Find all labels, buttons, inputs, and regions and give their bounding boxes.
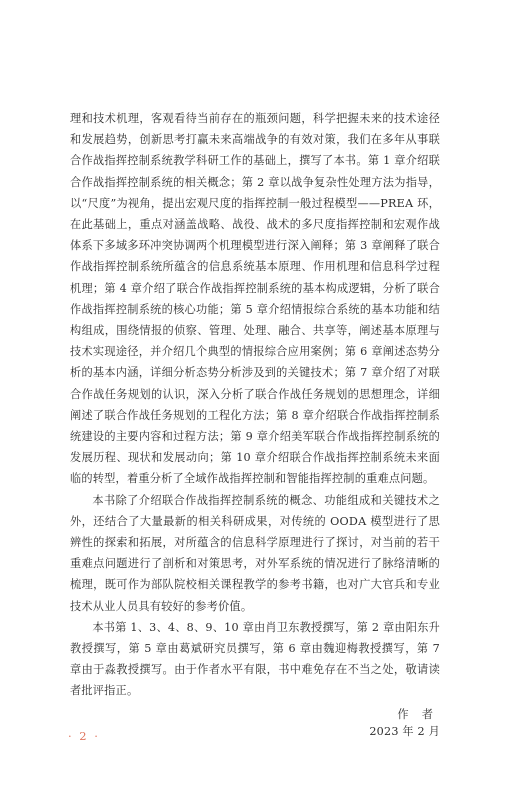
preface-body: 理和技术机理，客观看待当前存在的瓶颈问题，科学把握未来的技术途径和发展趋势，创新…	[70, 108, 440, 741]
document-page: 理和技术机理，客观看待当前存在的瓶颈问题，科学把握未来的技术途径和发展趋势，创新…	[0, 0, 510, 800]
signature-date: 2023 年 2 月	[70, 723, 440, 741]
page-number: · 2 ·	[68, 729, 100, 744]
paragraph-chapter-overview: 理和技术机理，客观看待当前存在的瓶颈问题，科学把握未来的技术途径和发展趋势，创新…	[70, 108, 440, 490]
paragraph-book-features: 本书除了介绍联合作战指挥控制系统的概念、功能组成和关键技术之外，还结合了大量最新…	[70, 490, 440, 617]
signature-block: 作 者 2023 年 2 月	[70, 706, 440, 741]
signature-author: 作 者	[70, 706, 440, 724]
paragraph-authorship: 本书第 1、3、4、8、9、10 章由肖卫东教授撰写，第 2 章由阳东升教授撰写…	[70, 617, 440, 702]
